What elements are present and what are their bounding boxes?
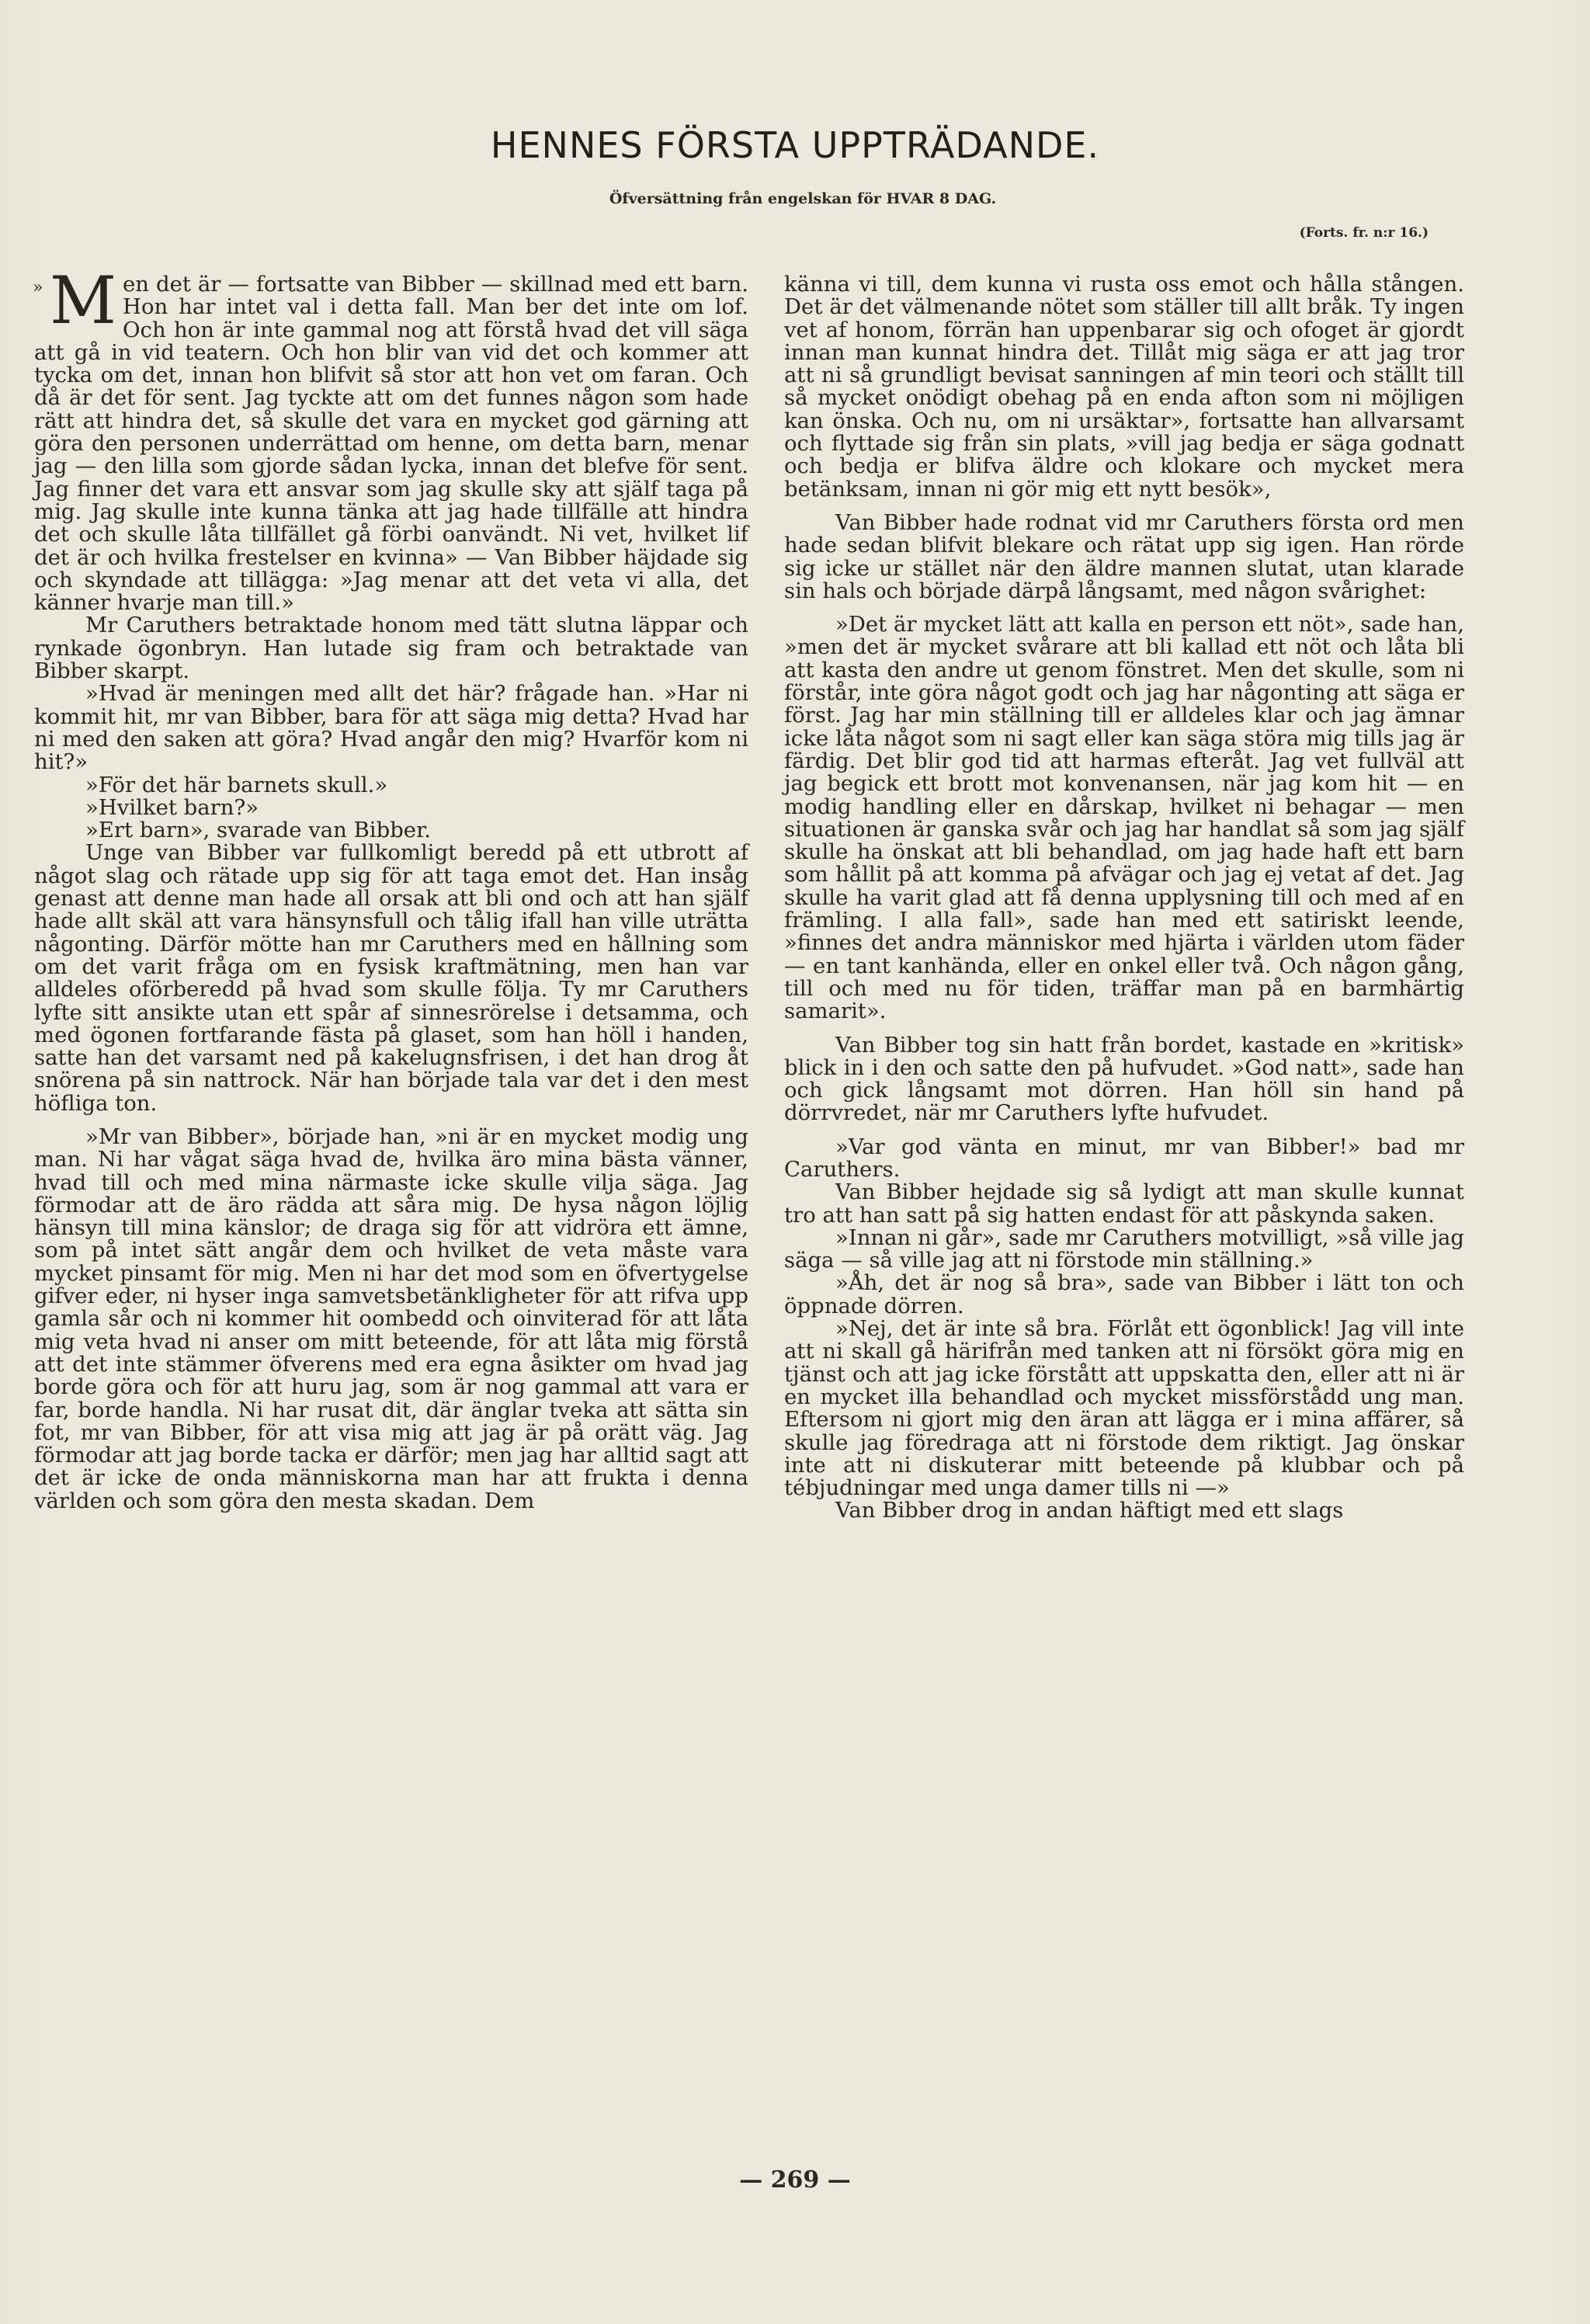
paragraph: Unge van Bibber var fullkomligt beredd p… xyxy=(34,842,748,1115)
paragraph: Van Bibber tog sin hatt från bordet, kas… xyxy=(784,1034,1464,1125)
paragraph: »För det här barnets skull.» xyxy=(34,774,748,797)
continued-from-note: (Forts. fr. n:r 16.) xyxy=(1300,225,1429,241)
right-column: känna vi till, dem kunna vi rusta oss em… xyxy=(784,273,1464,1523)
left-column: » M en det är — fortsatte van Bibber — s… xyxy=(34,273,748,1513)
opening-paragraph-block: » M en det är — fortsatte van Bibber — s… xyxy=(34,273,748,614)
paragraph: Van Bibber drog in andan häftigt med ett… xyxy=(784,1499,1464,1522)
paragraph: Mr Caruthers betraktade honom med tätt s… xyxy=(34,614,748,683)
drop-cap: M xyxy=(50,276,116,325)
paragraph: »Hvilket barn?» xyxy=(34,797,748,819)
paragraph: »Hvad är meningen med allt det här? fråg… xyxy=(34,683,748,773)
paragraph: »Nej, det är inte så bra. Förlåt ett ögo… xyxy=(784,1318,1464,1499)
page-number: — 269 — xyxy=(0,2166,1590,2194)
magazine-page: HENNES FÖRSTA UPPTRÄDANDE. Öfversättning… xyxy=(0,0,1590,2324)
paragraph: Van Bibber hade rodnat vid mr Caruthers … xyxy=(784,512,1464,603)
paragraph: en det är — fortsatte van Bibber — skill… xyxy=(34,273,748,614)
paragraph: »Åh, det är nog så bra», sade van Bibber… xyxy=(784,1272,1464,1318)
opening-quote-mark: » xyxy=(33,276,43,299)
paragraph: känna vi till, dem kunna vi rusta oss em… xyxy=(784,273,1464,501)
paragraph: »Mr van Bibber», började han, »ni är en … xyxy=(34,1126,748,1513)
article-title: HENNES FÖRSTA UPPTRÄDANDE. xyxy=(0,124,1590,166)
article-subtitle: Öfversättning från engelskan för HVAR 8 … xyxy=(0,190,1590,207)
paragraph: »Det är mycket lätt att kalla en person … xyxy=(784,613,1464,1023)
paragraph: »Ert barn», svarade van Bibber. xyxy=(34,819,748,842)
paragraph: Van Bibber hejdade sig så lydigt att man… xyxy=(784,1181,1464,1227)
paragraph: »Var god vänta en minut, mr van Bibber!»… xyxy=(784,1136,1464,1182)
paragraph: »Innan ni går», sade mr Caruthers motvil… xyxy=(784,1227,1464,1273)
